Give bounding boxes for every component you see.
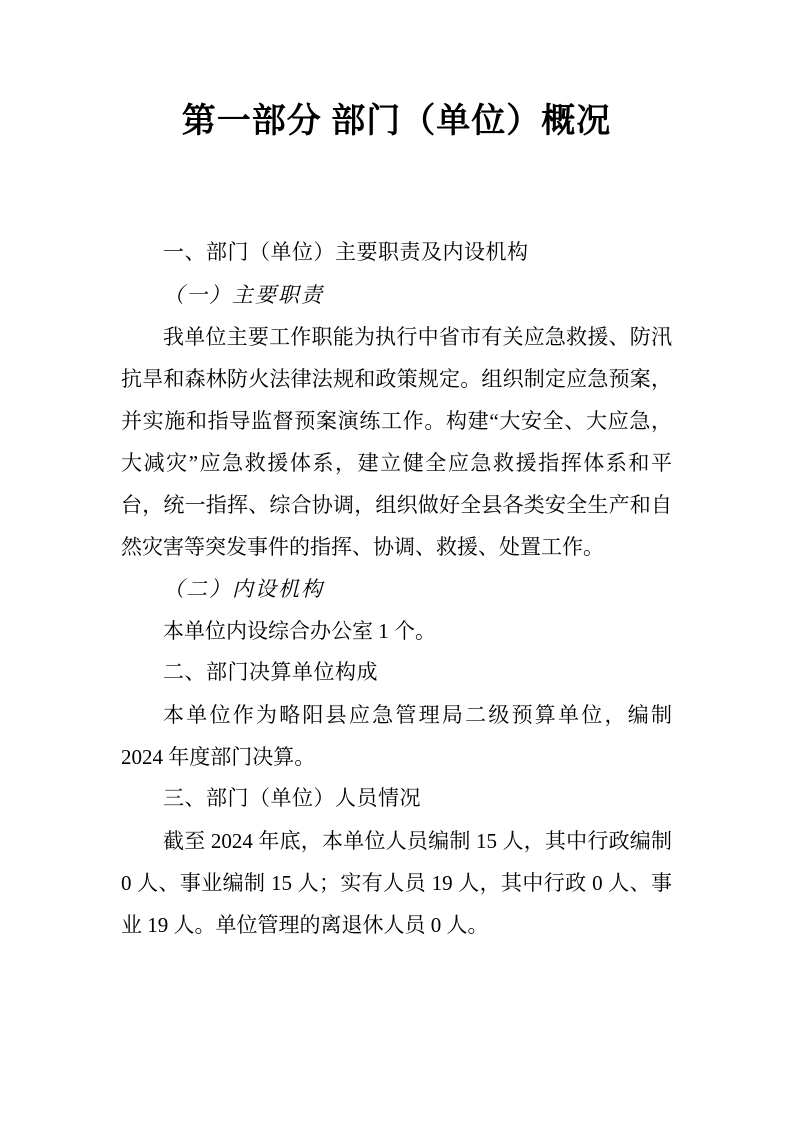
section-heading-duties-and-org: 一、部门（单位）主要职责及内设机构 [121, 232, 672, 274]
page-title: 第一部分 部门（单位）概况 [121, 100, 672, 144]
paragraph-personnel: 截至 2024 年底，本单位人员编制 15 人，其中行政编制 0 人、事业编制 … [121, 820, 672, 946]
subsection-heading-main-duties: （一）主要职责 [121, 274, 672, 316]
section-heading-budget-units: 二、部门决算单位构成 [121, 652, 672, 694]
paragraph-internal-org: 本单位内设综合办公室 1 个。 [121, 610, 672, 652]
paragraph-main-duties: 我单位主要工作职能为执行中省市有关应急救援、防汛抗旱和森林防火法律法规和政策规定… [121, 316, 672, 568]
paragraph-budget-units: 本单位作为略阳县应急管理局二级预算单位，编制 2024 年度部门决算。 [121, 694, 672, 778]
subsection-heading-internal-org: （二）内设机构 [121, 568, 672, 610]
document-page: 第一部分 部门（单位）概况 一、部门（单位）主要职责及内设机构 （一）主要职责 … [0, 0, 793, 1122]
section-heading-personnel: 三、部门（单位）人员情况 [121, 778, 672, 820]
document-body: 一、部门（单位）主要职责及内设机构 （一）主要职责 我单位主要工作职能为执行中省… [121, 232, 672, 946]
